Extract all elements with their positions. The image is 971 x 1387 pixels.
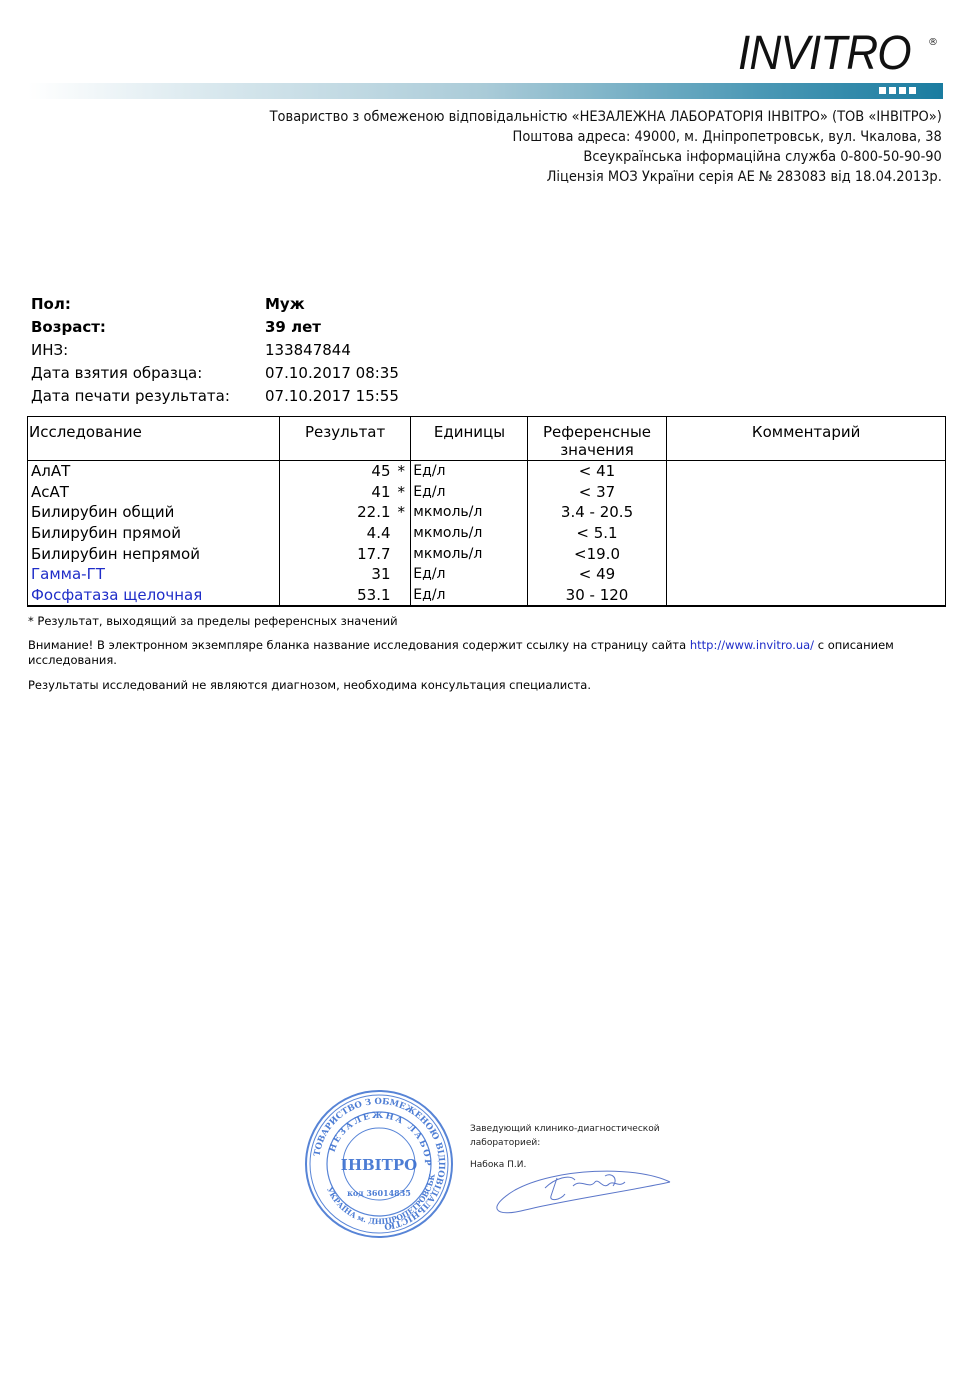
company-license: Ліцензія МОЗ України серія АЕ № 283083 в… <box>270 167 942 187</box>
svg-text:ІНВІТРО: ІНВІТРО <box>341 1156 417 1174</box>
patient-field: Возраст:39 лет <box>31 316 399 339</box>
table-row: Билирубин непрямой17.7 мкмоль/л<19.0 <box>28 543 946 564</box>
table-row: Фосфатаза щелочная53.1 Ед/л30 - 120 <box>28 585 946 607</box>
company-address: Поштова адреса: 49000, м. Дніпропетровсь… <box>270 127 942 147</box>
result-cell: 17.7 <box>279 543 410 564</box>
result-value: 4.4 <box>367 524 391 542</box>
patient-field-label: Возраст: <box>31 318 265 336</box>
patient-field-label: ИНЗ: <box>31 341 265 359</box>
comment <box>667 585 946 607</box>
reference-range: < 5.1 <box>527 523 667 544</box>
website-link[interactable]: http://www.invitro.ua/ <box>690 638 814 652</box>
comment <box>667 543 946 564</box>
comment <box>667 564 946 585</box>
warning-note: Внимание! В электронном экземпляре бланк… <box>28 638 928 668</box>
test-name: Билирубин прямой <box>28 523 280 544</box>
test-name: АлАТ <box>28 461 280 482</box>
result-cell: 4.4 <box>279 523 410 544</box>
out-of-range-flag: * <box>395 482 407 502</box>
table-row: Гамма-ГТ31 Ед/л< 49 <box>28 564 946 585</box>
table-row: АлАТ45 *Ед/л< 41 <box>28 461 946 482</box>
reference-range: 3.4 - 20.5 <box>527 502 667 523</box>
test-name[interactable]: Фосфатаза щелочная <box>28 585 280 607</box>
patient-field-value: 07.10.2017 15:55 <box>265 387 399 405</box>
table-header-row: Исследование Результат Единицы Референсн… <box>28 417 946 461</box>
test-name[interactable]: Гамма-ГТ <box>28 564 280 585</box>
header-reference: Референсные значения <box>527 417 667 461</box>
units: Ед/л <box>411 461 527 482</box>
result-value: 22.1 <box>357 503 390 521</box>
result-cell: 22.1 * <box>279 502 410 523</box>
signatory-title-line2: лабораторией: <box>470 1136 660 1150</box>
units: Ед/л <box>411 482 527 503</box>
signature-icon <box>485 1160 675 1220</box>
patient-field: ИНЗ:133847844 <box>31 339 399 362</box>
units: Ед/л <box>411 585 527 607</box>
patient-field-label: Дата печати результата: <box>31 387 265 405</box>
header-test: Исследование <box>28 417 280 461</box>
result-cell: 45 * <box>279 461 410 482</box>
patient-field-value: 133847844 <box>265 341 351 359</box>
result-cell: 41 * <box>279 482 410 503</box>
out-of-range-flag: * <box>395 502 407 522</box>
comment <box>667 523 946 544</box>
test-name: Билирубин общий <box>28 502 280 523</box>
flag-footnote: * Результат, выходящий за пределы рефере… <box>28 614 398 629</box>
comment <box>667 461 946 482</box>
warning-text: Внимание! В электронном экземпляре бланк… <box>28 638 690 652</box>
test-name: Билирубин непрямой <box>28 543 280 564</box>
patient-field-value: 39 лет <box>265 318 321 336</box>
results-table: Исследование Результат Единицы Референсн… <box>27 416 946 607</box>
company-name: Товариство з обмеженою відповідальністю … <box>270 107 942 127</box>
reference-range: 30 - 120 <box>527 585 667 607</box>
company-header: Товариство з обмеженою відповідальністю … <box>270 107 942 187</box>
signatory-title-line1: Заведующий клинико-диагностической <box>470 1122 660 1136</box>
reference-range: < 41 <box>527 461 667 482</box>
svg-text:код 36014835: код 36014835 <box>347 1188 411 1198</box>
result-value: 53.1 <box>357 586 390 604</box>
header-result: Результат <box>279 417 410 461</box>
logo-gradient-bar <box>28 83 943 99</box>
signatory-title: Заведующий клинико-диагностической лабор… <box>470 1122 660 1150</box>
laboratory-stamp-icon: ТОВАРИСТВО З ОБМЕЖЕНОЮ ВІДПОВІДАЛЬНІСТЮ … <box>303 1088 455 1240</box>
patient-field: Дата взятия образца:07.10.2017 08:35 <box>31 361 399 384</box>
units: мкмоль/л <box>411 502 527 523</box>
table-row: Билирубин прямой4.4 мкмоль/л< 5.1 <box>28 523 946 544</box>
reference-range: < 37 <box>527 482 667 503</box>
out-of-range-flag: * <box>395 461 407 481</box>
comment <box>667 482 946 503</box>
table-row: Билирубин общий22.1 *мкмоль/л3.4 - 20.5 <box>28 502 946 523</box>
patient-field-label: Пол: <box>31 295 265 313</box>
invitro-logo: INVITRO <box>738 30 911 78</box>
result-cell: 31 <box>279 564 410 585</box>
disclaimer-note: Результаты исследований не являются диаг… <box>28 678 591 693</box>
patient-field-value: Муж <box>265 295 305 313</box>
result-value: 45 <box>371 462 390 480</box>
header-comment: Комментарий <box>667 417 946 461</box>
units: мкмоль/л <box>411 523 527 544</box>
reference-range: < 49 <box>527 564 667 585</box>
test-name: АсАТ <box>28 482 280 503</box>
units: мкмоль/л <box>411 543 527 564</box>
patient-info: Пол:МужВозраст:39 летИНЗ:133847844Дата в… <box>31 293 399 407</box>
result-value: 41 <box>371 483 390 501</box>
header-units: Единицы <box>411 417 527 461</box>
registered-mark: ® <box>928 37 938 48</box>
units: Ед/л <box>411 564 527 585</box>
reference-range: <19.0 <box>527 543 667 564</box>
result-value: 17.7 <box>357 545 390 563</box>
result-value: 31 <box>371 565 390 583</box>
patient-field-value: 07.10.2017 08:35 <box>265 364 399 382</box>
comment <box>667 502 946 523</box>
result-cell: 53.1 <box>279 585 410 607</box>
patient-field: Дата печати результата:07.10.2017 15:55 <box>31 384 399 407</box>
logo-squares-icon <box>879 87 916 94</box>
patient-field: Пол:Муж <box>31 293 399 316</box>
company-hotline: Всеукраїнська інформаційна служба 0-800-… <box>270 147 942 167</box>
patient-field-label: Дата взятия образца: <box>31 364 265 382</box>
table-row: АсАТ41 *Ед/л< 37 <box>28 482 946 503</box>
